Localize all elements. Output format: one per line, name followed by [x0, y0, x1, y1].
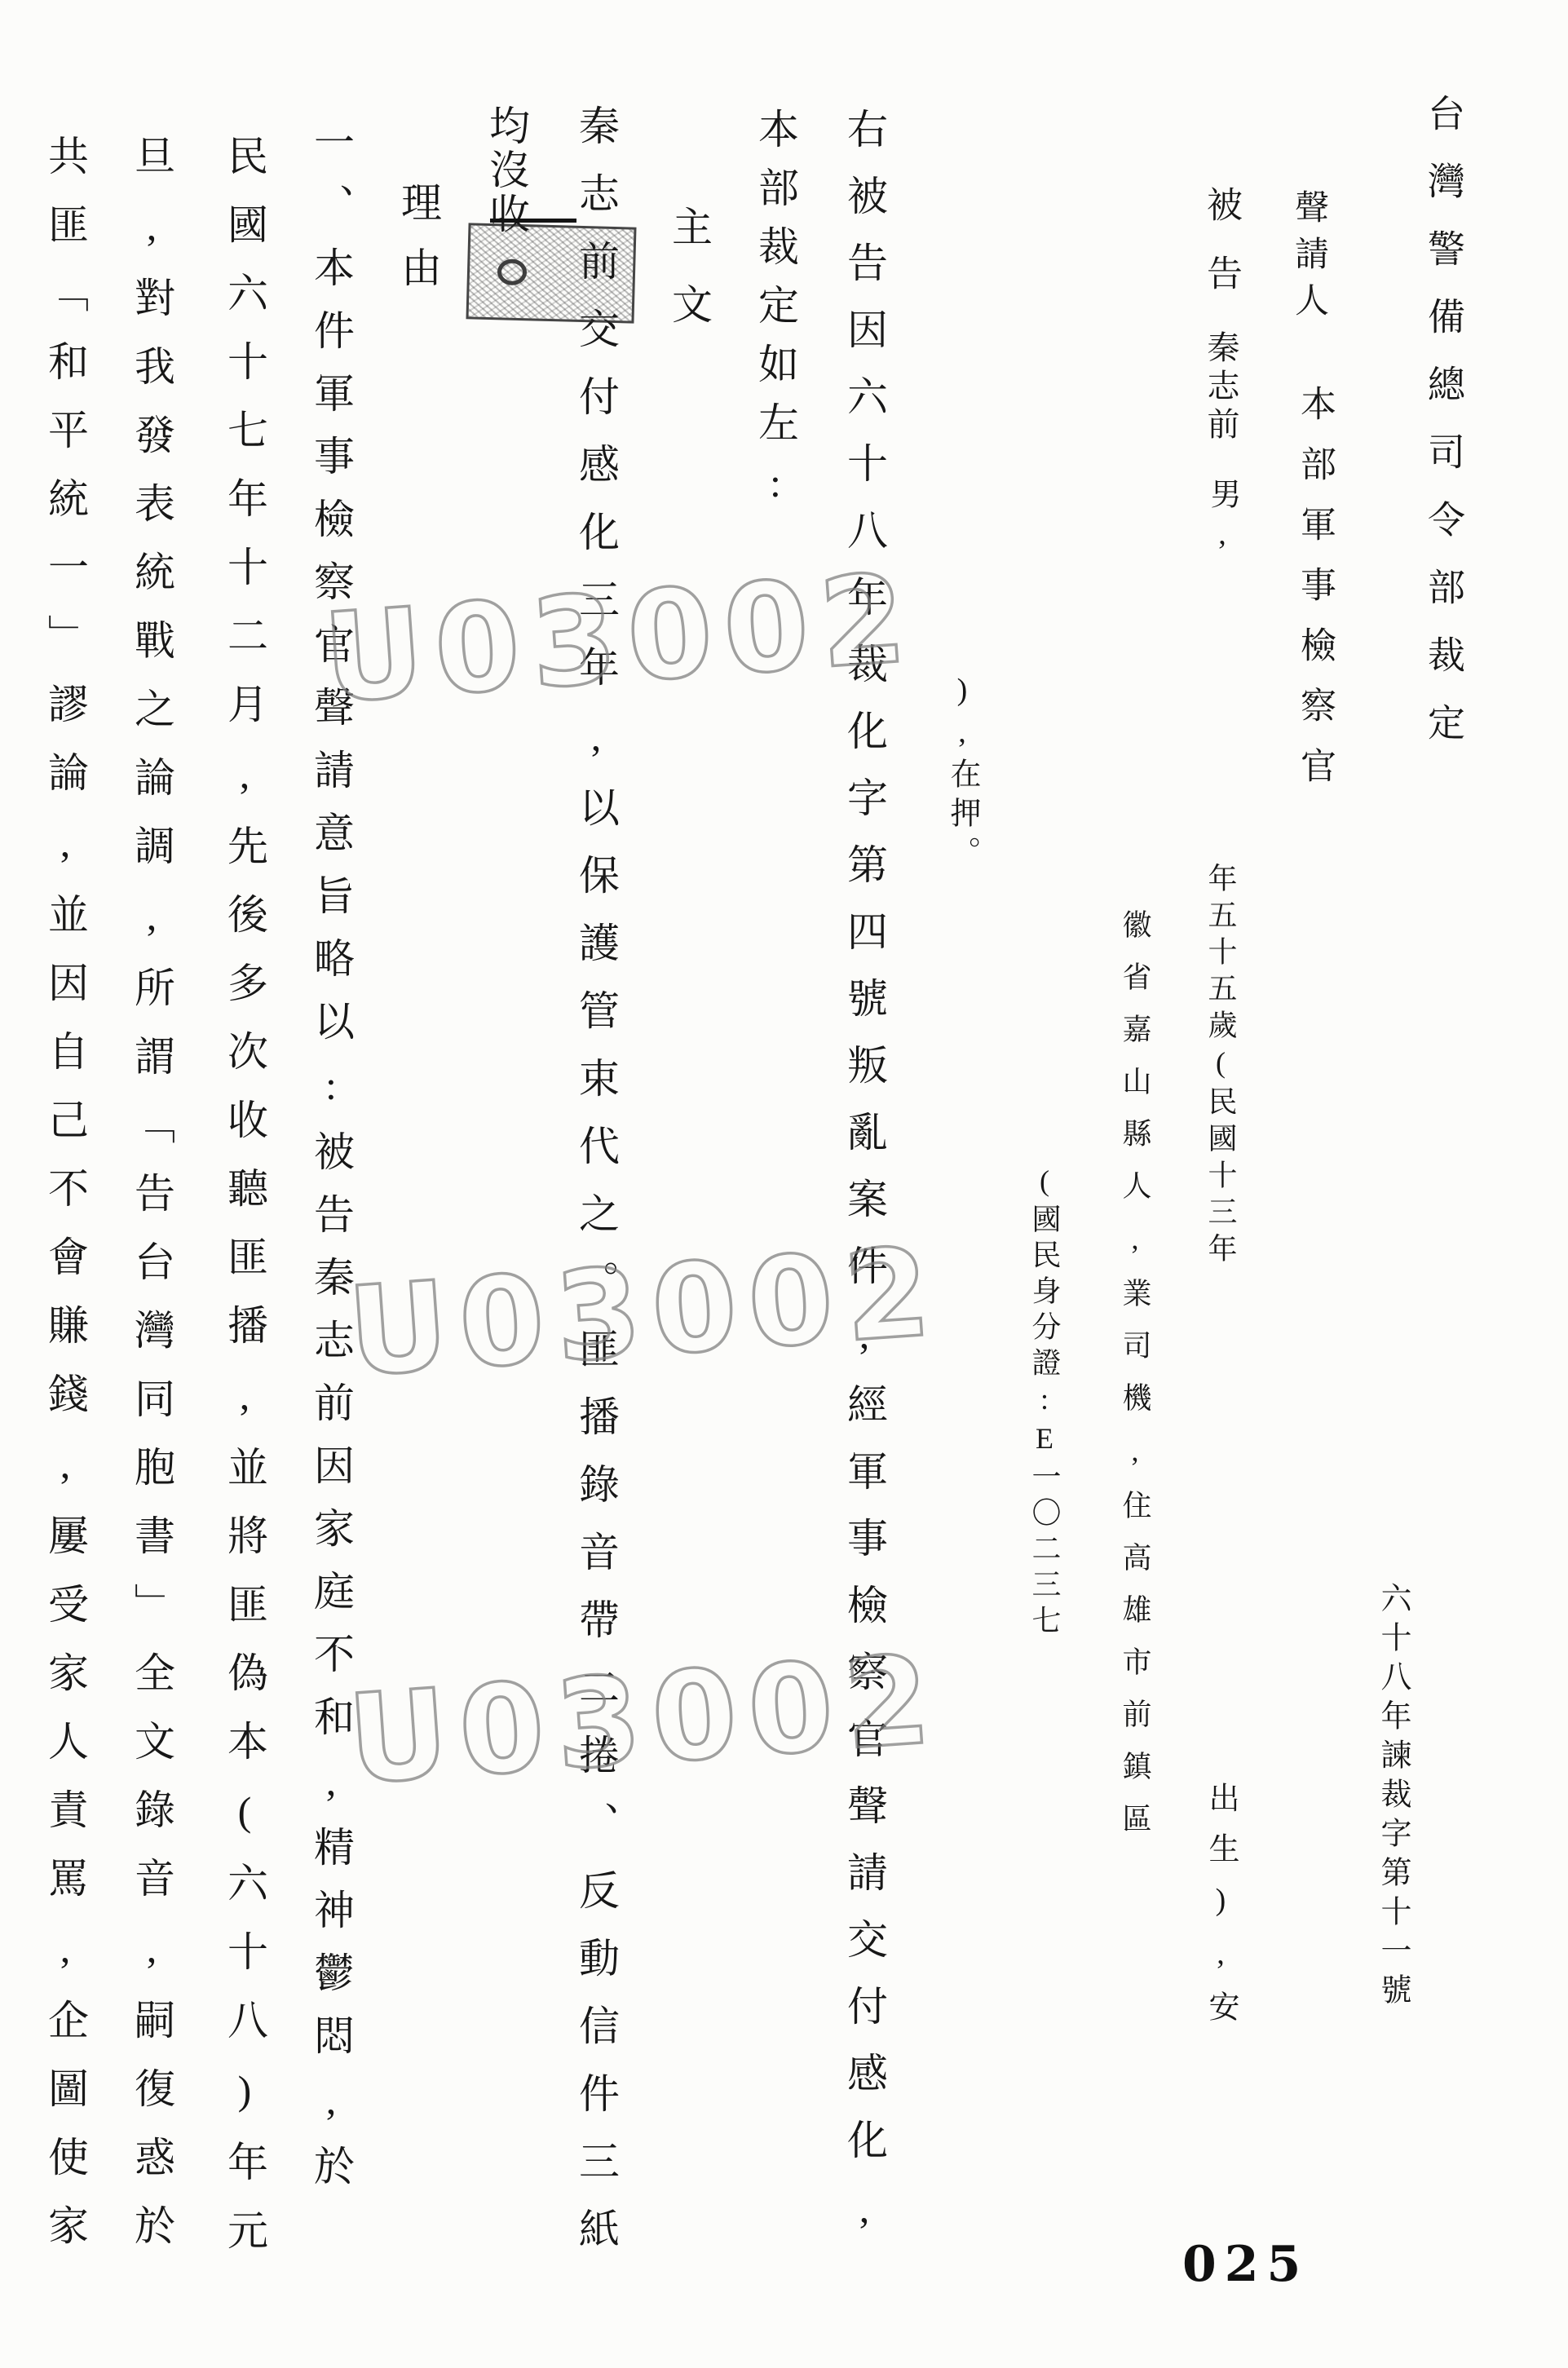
reason-line1: 一、本件軍事檢察官聲請意旨略以:被告秦志前因家庭不和,精神鬱悶,於: [311, 121, 351, 2207]
defendant-info-origin: 徽省嘉山縣人,業司機,住高雄市前鎮區: [1120, 909, 1150, 1855]
main-text-line1: 秦志前交付感化三年,以保護管束代之。匪播錄音帶二捲、反動信件三紙: [576, 104, 616, 2275]
case-number: 六十八年諫裁字第十一號: [1377, 1582, 1408, 2012]
defendant-info-age: 年五十五歲(民國十三年: [1206, 863, 1235, 1270]
procedure-line: 右被告因六十八年裁化字第四號叛亂案件,經軍事檢察官聲請交付感化,: [844, 108, 885, 2257]
defendant-name: 秦志前: [1204, 330, 1237, 445]
page-number: 025: [1182, 2236, 1309, 2293]
applicant-name: 本部軍事檢察官: [1296, 385, 1332, 807]
defendant-info-id: (國民身分證:E一〇二三七: [1030, 1164, 1059, 1641]
main-text-header: 主文: [669, 205, 709, 360]
ruling-intro: 本部裁定如左:: [755, 108, 796, 524]
defendant-label: 被告: [1203, 186, 1239, 323]
main-text-line2: 均沒收: [486, 104, 527, 236]
reason-line4: 共匪「和平統一」謬論,並因自己不會賺錢,屢受家人責罵,企圖使家: [45, 135, 86, 2273]
court-title: 台灣警備總司令部裁定: [1424, 94, 1462, 771]
defendant-info-gender: 男,: [1207, 478, 1238, 559]
defendant-info-custody: ),在押。: [947, 673, 978, 875]
reason-line3: 旦,對我發表統戰之論調,所謂「告台灣同胞書」全文錄音,嗣復惑於: [131, 135, 172, 2273]
watermark-stamp-1: U03002: [320, 547, 921, 730]
reason-line2: 民國六十七年十二月,先後多次收聽匪播,並將匪偽本(六十八)年元: [224, 135, 265, 2277]
document-page: 台灣警備總司令部裁定 六十八年諫裁字第十一號 聲請人 本部軍事檢察官 被告 秦志…: [0, 0, 1568, 2368]
defendant-info-birth: 出生),安: [1205, 1782, 1236, 2041]
reason-header: 理由: [398, 181, 439, 311]
seal-stamp: [466, 223, 636, 323]
applicant-label: 聲請人: [1292, 189, 1326, 329]
emphasis-line: [490, 219, 576, 223]
